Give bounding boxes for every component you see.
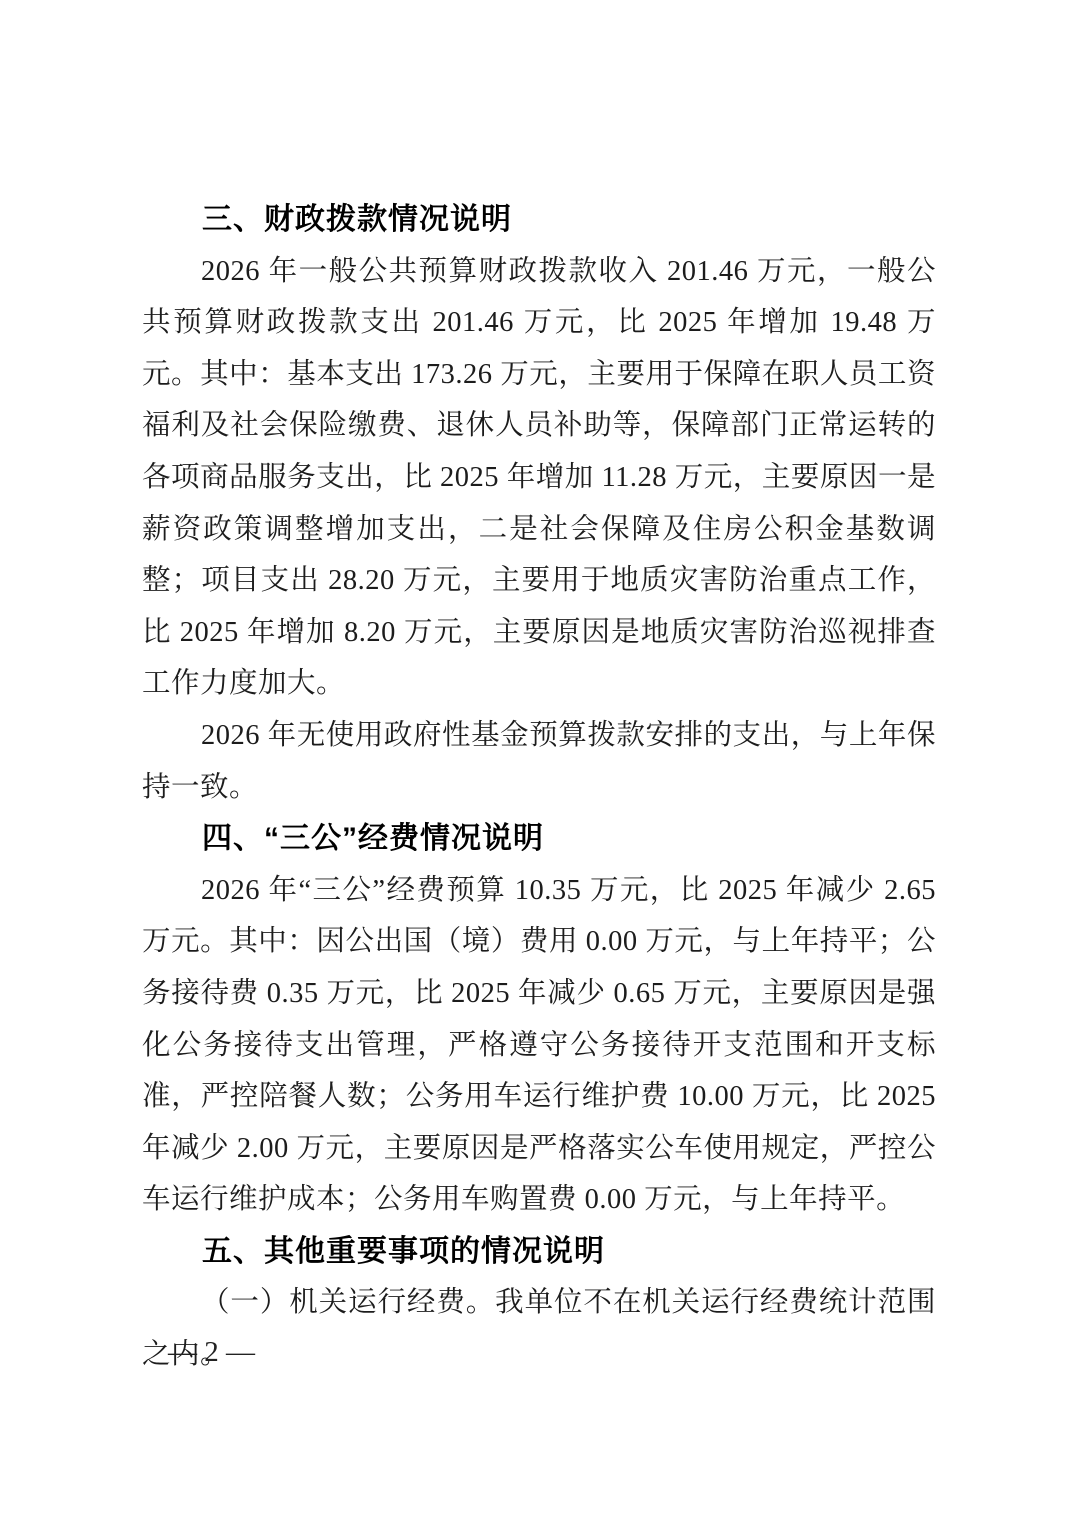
document-content: 三、财政拨款情况说明 2026 年一般公共预算财政拨款收入 201.46 万元，…: [142, 194, 936, 1381]
section-heading-three-public-expenses: 四、“三公”经费情况说明: [142, 813, 936, 865]
paragraph-fiscal-appropriations-detail: 2026 年一般公共预算财政拨款收入 201.46 万元，一般公共预算财政拨款支…: [142, 246, 936, 710]
section-heading-fiscal-appropriations: 三、财政拨款情况说明: [142, 194, 936, 246]
page-number: — 2 —: [168, 1334, 255, 1370]
section-heading-other-important-matters: 五、其他重要事项的情况说明: [142, 1226, 936, 1278]
paragraph-agency-operating-expenses: （一）机关运行经费。我单位不在机关运行经费统计范围之内。: [142, 1277, 936, 1380]
paragraph-three-public-expenses-detail: 2026 年“三公”经费预算 10.35 万元，比 2025 年减少 2.65 …: [142, 865, 936, 1226]
document-page: 三、财政拨款情况说明 2026 年一般公共预算财政拨款收入 201.46 万元，…: [0, 0, 1074, 1520]
paragraph-government-fund-budget: 2026 年无使用政府性基金预算拨款安排的支出，与上年保持一致。: [142, 710, 936, 813]
